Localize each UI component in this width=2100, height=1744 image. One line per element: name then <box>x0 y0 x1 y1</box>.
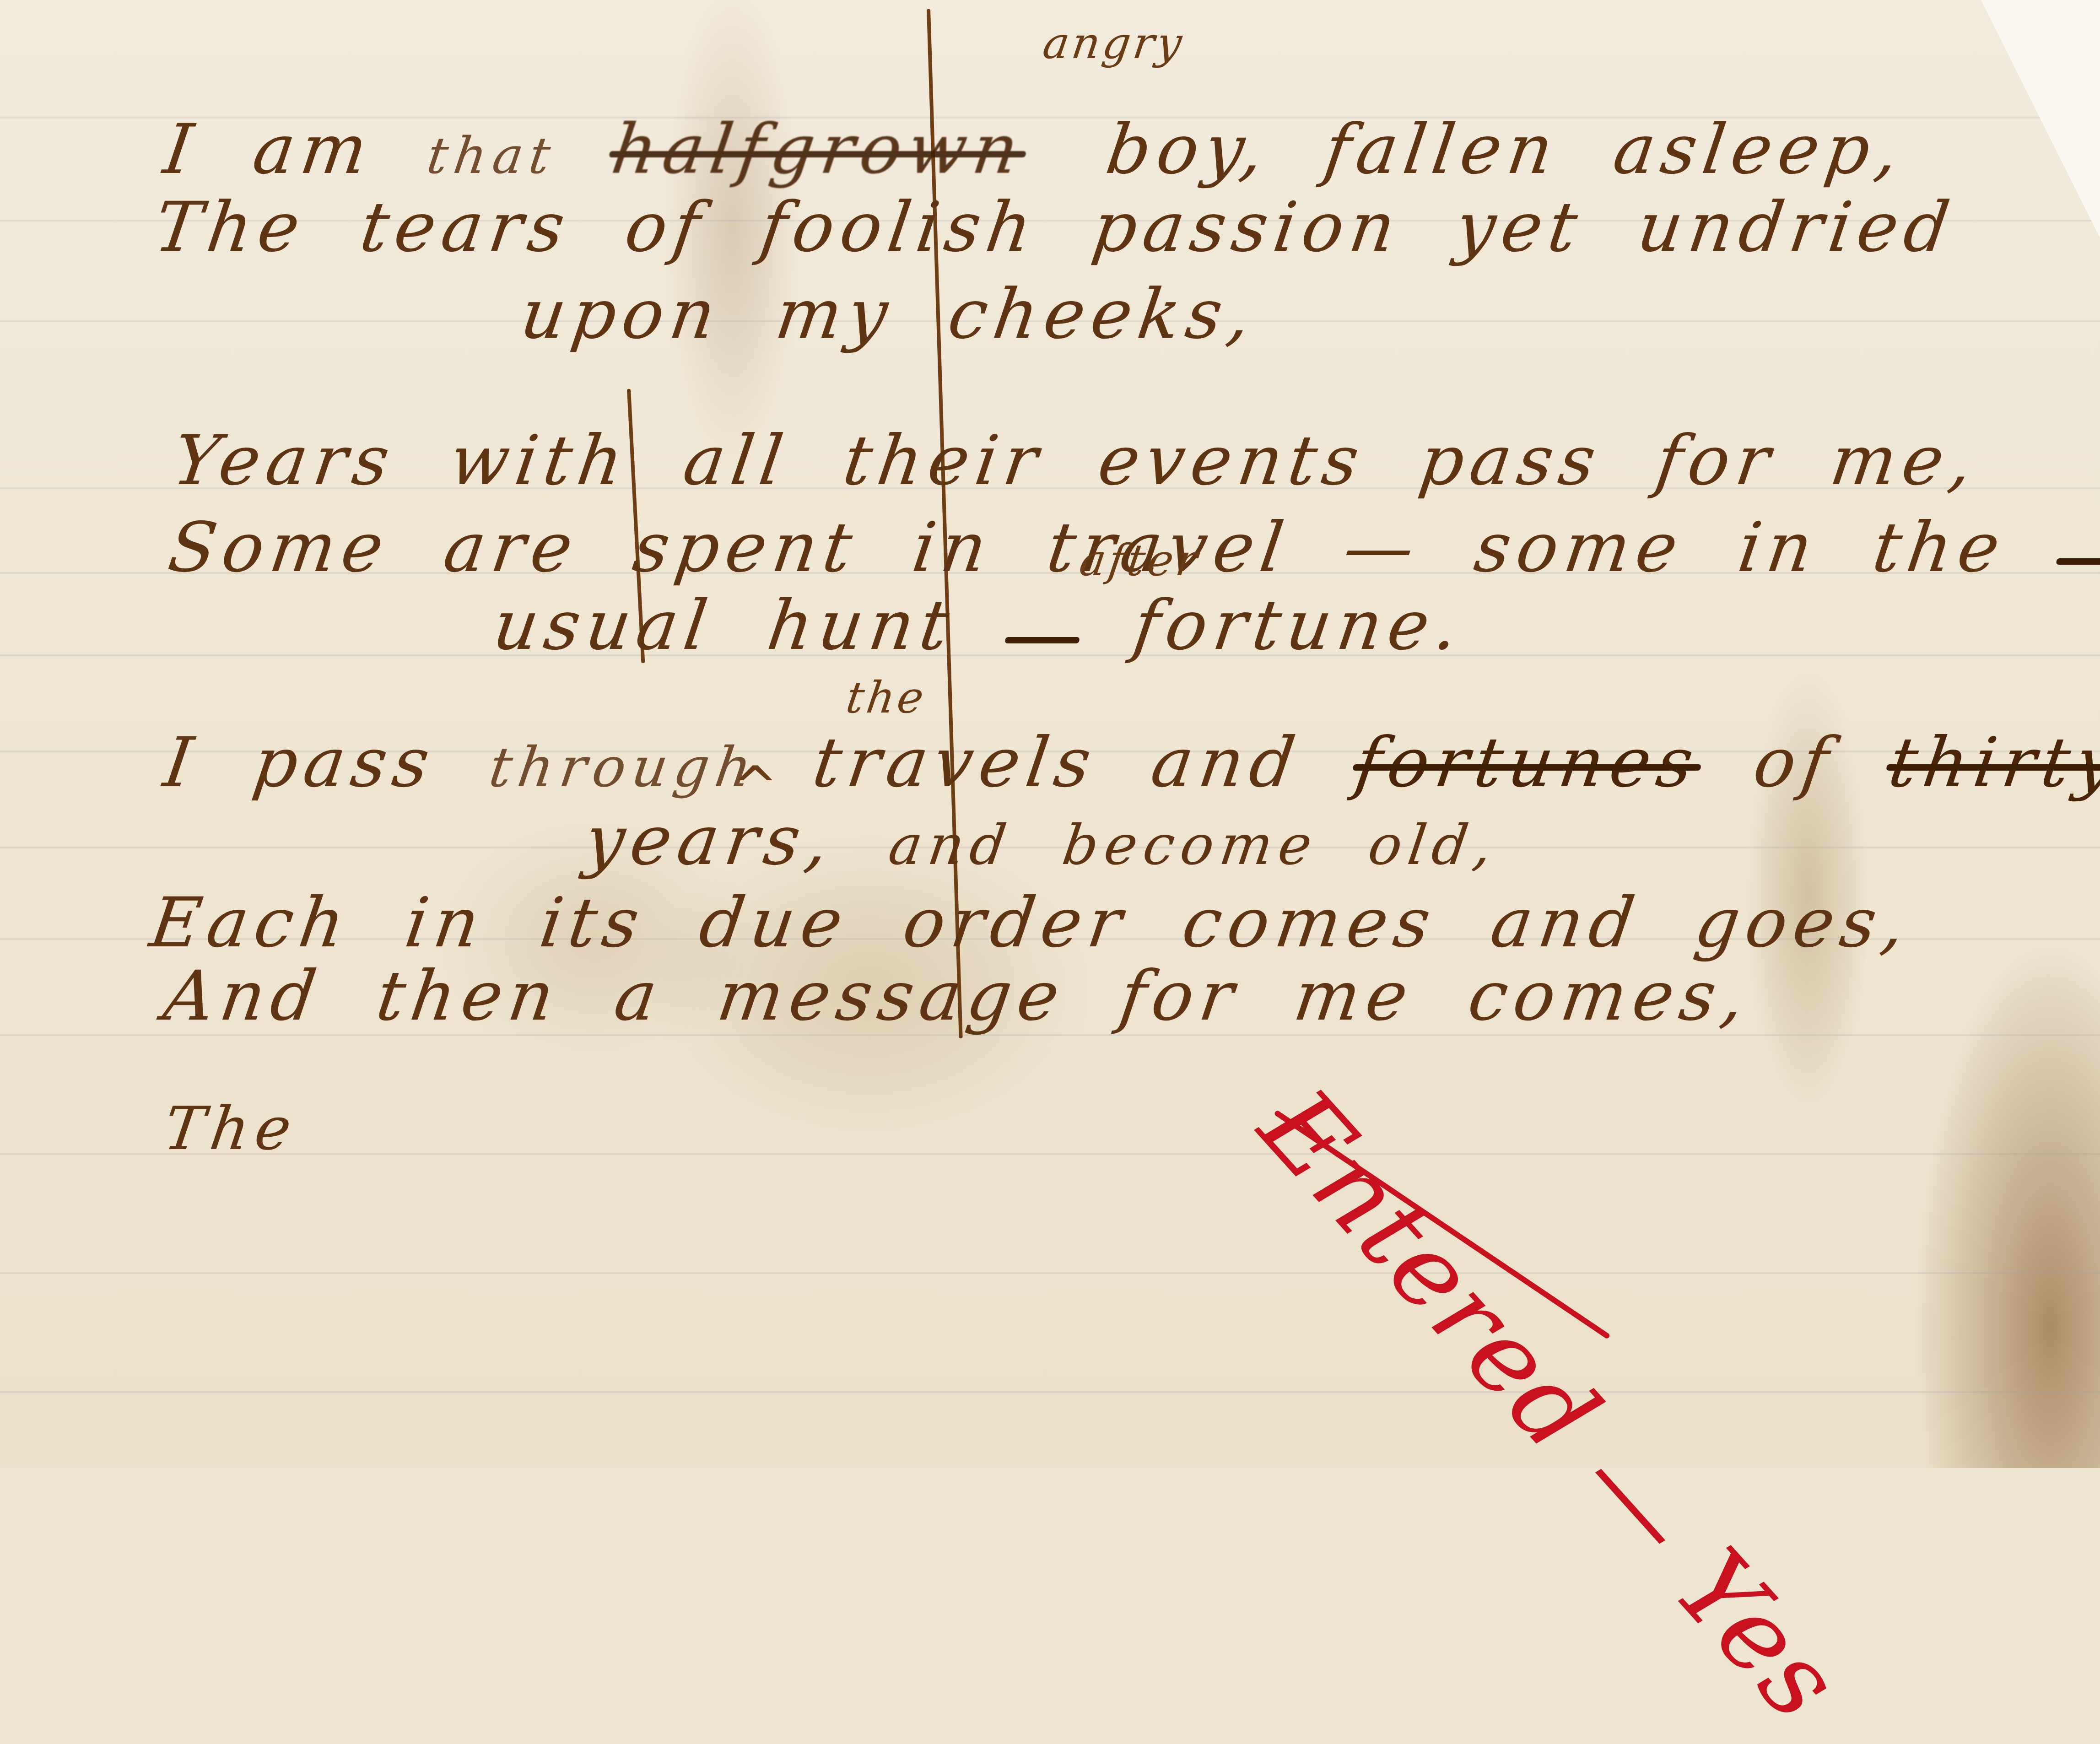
torn-corner <box>1981 0 2100 238</box>
line-text: Some are <box>164 508 584 588</box>
line-text: foolish <box>756 188 1043 267</box>
line-text: Each in its due order comes and goes, <box>146 883 1916 963</box>
line-text: I pass <box>159 723 441 803</box>
poem-line: usual hunt [illegible] fortune. <box>489 586 1469 665</box>
line-text: passion <box>1088 188 1407 267</box>
struck-word: halfgrown <box>607 110 1030 189</box>
entered-annotation: Entered — Yes <box>1236 1066 1864 1468</box>
paper-rule <box>0 1272 2100 1274</box>
poem-line: The <box>160 1094 302 1163</box>
line-text: I am <box>159 110 378 189</box>
poem-line: And then a message for me comes, <box>159 956 1756 1036</box>
line-text: Years with <box>168 421 634 501</box>
poem-line: I pass through travels and fortunes of t… <box>159 723 2100 803</box>
poem-line: I am that halfgrown boy, fallen asleep, <box>159 110 1910 189</box>
line-text: fallen asleep, <box>1319 110 1910 189</box>
paper-rule <box>0 1391 2100 1393</box>
poem-line: years, and become old, <box>580 801 1504 880</box>
line-text: some in the <box>1470 508 2011 588</box>
line-text: all their events pass for me, <box>679 421 1983 501</box>
line-text: of <box>621 188 711 267</box>
poem-line: upon my cheeks, <box>516 275 1262 354</box>
insertion-text: angry <box>1040 18 1188 69</box>
insertion-text: after <box>1076 535 1203 586</box>
line-text: yet undried <box>1451 188 1961 267</box>
struck-word: thirty <box>1884 723 2100 803</box>
poem-line: Each in its due order comes and goes, <box>146 883 1916 963</box>
struck-word: [illegible] <box>1005 615 1080 658</box>
insertion-caret: ^ <box>732 755 778 819</box>
line-text: — <box>1339 508 1425 588</box>
line-text: travels and <box>808 723 1306 803</box>
line-text: and become old, <box>885 814 1502 877</box>
struck-word: [illegible] <box>2057 533 2100 581</box>
line-text: through <box>486 736 762 799</box>
line-text: upon my cheeks, <box>516 275 1262 354</box>
line-text: that <box>423 126 560 185</box>
line-text: usual <box>489 586 718 665</box>
poem-line: Years with all their events pass for me, <box>168 421 1984 501</box>
line-text: And then a message for me comes, <box>159 956 1756 1036</box>
line-text: years, <box>580 801 840 880</box>
struck-word: fortunes <box>1350 723 1704 803</box>
poem-line: The tears of foolish passion yet undried <box>150 188 1960 267</box>
line-text: of <box>1749 723 1840 803</box>
insertion-text: the <box>843 673 929 723</box>
manuscript-page: I am that halfgrown boy, fallen asleep, … <box>0 0 2100 1468</box>
line-text: hunt <box>763 586 960 665</box>
line-text: boy, <box>1101 110 1275 189</box>
line-text: The tears <box>150 188 576 267</box>
paper-rule <box>0 1153 2100 1155</box>
line-text: The <box>160 1094 302 1163</box>
